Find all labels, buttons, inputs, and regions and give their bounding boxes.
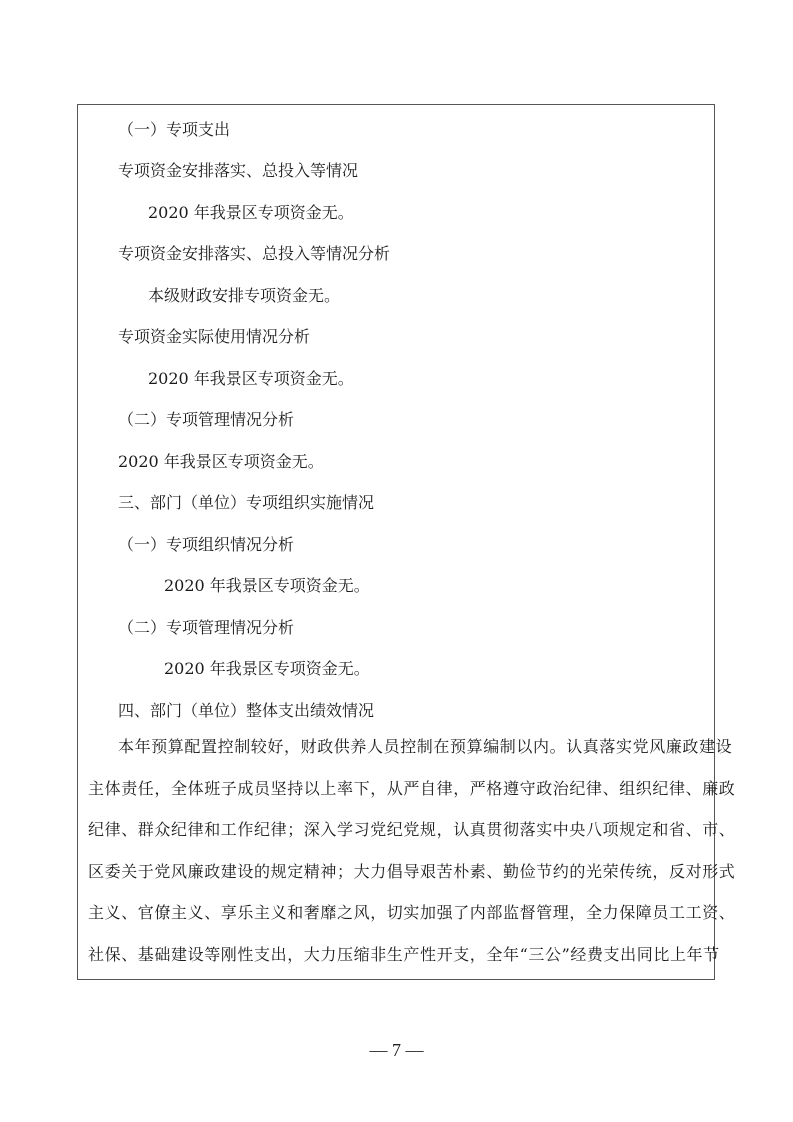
paragraph-line: 纪律、群众纪律和工作纪律；深入学习党纪党规，认真贯彻落实中央八项规定和省、市、	[88, 820, 709, 840]
heading-actual-usage-analysis: 专项资金实际使用情况分析	[118, 327, 310, 347]
heading-special-expenditure: （一）专项支出	[118, 120, 230, 140]
text-no-special-funds: 2020 年我景区专项资金无。	[118, 452, 324, 472]
heading-management-analysis: （二）专项管理情况分析	[118, 618, 294, 638]
heading-organization-analysis: （一）专项组织情况分析	[118, 535, 294, 555]
content-frame: （一）专项支出 专项资金安排落实、总投入等情况 2020 年我景区专项资金无。 …	[77, 104, 715, 980]
paragraph-first-line: 本年预算配置控制较好，财政供养人员控制在预算编制以内。认真落实党风廉政建设	[118, 737, 709, 757]
paragraph-line: 区委关于党风廉政建设的规定精神；大力倡导艰苦朴素、勤俭节约的光荣传统，反对形式	[88, 862, 709, 882]
heading-fund-arrangement: 专项资金安排落实、总投入等情况	[118, 161, 358, 181]
paragraph-line: 主义、官僚主义、享乐主义和奢靡之风，切实加强了内部监督管理，全力保障员工工资、	[88, 903, 709, 923]
text-no-special-funds: 2020 年我景区专项资金无。	[148, 369, 354, 389]
page-number: — 7 —	[0, 1040, 793, 1060]
paragraph-line: 社保、基础建设等刚性支出，大力压缩非生产性开支，全年“三公”经费支出同比上年节	[88, 945, 709, 965]
section-heading-three: 三、部门（单位）专项组织实施情况	[118, 493, 374, 513]
heading-management-analysis: （二）专项管理情况分析	[118, 410, 294, 430]
paragraph-line: 主体责任，全体班子成员坚持以上率下，从严自律，严格遵守政治纪律、组织纪律、廉政	[88, 779, 709, 799]
text-no-local-funds: 本级财政安排专项资金无。	[148, 286, 340, 306]
heading-fund-arrangement-analysis: 专项资金安排落实、总投入等情况分析	[118, 244, 390, 264]
section-heading-four: 四、部门（单位）整体支出绩效情况	[118, 701, 374, 721]
text-no-special-funds: 2020 年我景区专项资金无。	[164, 659, 370, 679]
text-no-special-funds: 2020 年我景区专项资金无。	[164, 576, 370, 596]
text-no-special-funds: 2020 年我景区专项资金无。	[148, 203, 354, 223]
